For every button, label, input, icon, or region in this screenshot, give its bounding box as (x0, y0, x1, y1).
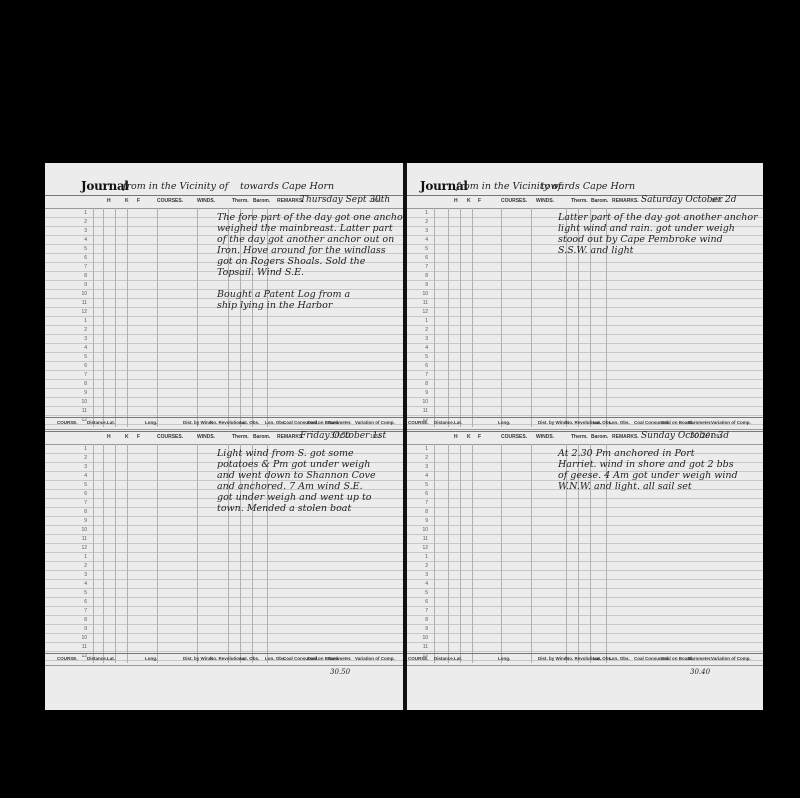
column-rule (460, 208, 461, 427)
hour-number: 4 (45, 581, 87, 587)
hour-number: 6 (406, 491, 428, 497)
remarks-text: At 2.30 Pm anchored in PortHarriet. wind… (558, 448, 738, 492)
remarks-line: got on Rogers Shoals. Sold the (217, 256, 407, 267)
column-header: K (467, 434, 471, 440)
hour-number: 7 (45, 372, 87, 378)
hour-number: 2 (45, 455, 87, 461)
hour-number: 4 (45, 345, 87, 351)
column-header: K (467, 198, 471, 204)
remarks-line: of the day got another anchor out on (217, 234, 407, 245)
hour-number: 9 (406, 390, 428, 396)
hour-number: 7 (406, 372, 428, 378)
summary-column: Lat. (454, 656, 462, 661)
remarks-line: and went down to Shannon Cove (217, 470, 376, 481)
hour-number: 5 (406, 246, 428, 252)
hour-number: 11 (45, 300, 87, 306)
hour-number: 5 (45, 246, 87, 252)
hour-number: 4 (45, 473, 87, 479)
remarks-line: Bought a Patent Log from a (217, 289, 407, 300)
column-rule (501, 208, 502, 427)
column-rule (115, 444, 116, 663)
hour-number: 9 (45, 390, 87, 396)
summary-column: Dist. by Wind. (538, 420, 568, 425)
summary-column: Lat. Obs. (240, 420, 259, 425)
hour-number: 5 (45, 482, 87, 488)
column-header: Barom. (253, 434, 270, 440)
column-header: WINDS. (197, 434, 215, 440)
hour-number: 9 (45, 282, 87, 288)
column-rule (448, 208, 449, 427)
log-entry: HKFCOURSES.WINDS.Therm.Barom.REMARKS.Thu… (45, 195, 404, 443)
hour-number: 11 (406, 300, 428, 306)
remarks-line: Harriet. wind in shore and got 2 bbs (558, 459, 738, 470)
hour-number: 11 (406, 408, 428, 414)
column-header: WINDS. (536, 434, 554, 440)
hour-number: 8 (45, 381, 87, 387)
page-title: Journalfrom in the Vicinity oftowards Ca… (45, 173, 404, 195)
hour-number: 4 (45, 237, 87, 243)
hour-number: 12 (406, 309, 428, 315)
column-rule (93, 444, 94, 663)
column-header: F (137, 198, 140, 204)
remarks-line: town. Mended a stolen boat (217, 503, 376, 514)
remarks-line: The fore part of the day got one anchor (217, 212, 407, 223)
remarks-line: S.S.W. and light (558, 245, 758, 256)
hour-number: 6 (406, 255, 428, 261)
remarks-line: Iron. Hove around for the windlass (217, 245, 407, 256)
hour-rows: 123456789101112123456789101112The fore p… (45, 208, 404, 427)
entry-year: 1851 (711, 434, 722, 440)
hour-number: 12 (406, 545, 428, 551)
hour-number: 6 (45, 363, 87, 369)
summary-column: Dist. by Wind. (183, 656, 213, 661)
column-header: REMARKS. (612, 198, 639, 204)
hour-number: 10 (406, 291, 428, 297)
hour-number: 6 (45, 599, 87, 605)
summary-column: Distance. (87, 656, 107, 661)
column-header: Barom. (591, 434, 608, 440)
column-rule (448, 444, 449, 663)
remarks-line: and anchored. 7 Am wind S.E. (217, 481, 376, 492)
summary-column: Dist. by Wind. (538, 656, 568, 661)
hour-number: 5 (406, 590, 428, 596)
column-header: WINDS. (197, 198, 215, 204)
hour-number: 11 (45, 408, 87, 414)
hour-number: 3 (45, 464, 87, 470)
hour-number: 12 (45, 545, 87, 551)
hour-number: 5 (406, 354, 428, 360)
column-rule (460, 444, 461, 663)
column-header: COURSES. (501, 198, 527, 204)
hour-number: 11 (45, 644, 87, 650)
column-header: H (454, 434, 458, 440)
hour-number: 2 (45, 219, 87, 225)
hour-number: 7 (406, 608, 428, 614)
remarks-line (217, 278, 407, 289)
column-rule (472, 444, 473, 663)
from-location: from in the Vicinity of (123, 181, 228, 192)
column-header-row: HKFCOURSES.WINDS.Therm.Barom.REMARKS.Thu… (45, 195, 404, 209)
summary-column: Barometer. (328, 656, 352, 661)
hour-number: 5 (45, 354, 87, 360)
entry-year: 1851 (711, 198, 722, 204)
hour-number: 9 (45, 626, 87, 632)
column-header: H (454, 198, 458, 204)
hour-number: 5 (406, 482, 428, 488)
hour-number: 6 (45, 491, 87, 497)
hour-number: 8 (45, 617, 87, 623)
summary-column: Distance. (434, 420, 454, 425)
column-rule (103, 208, 104, 427)
hour-number: 10 (45, 635, 87, 641)
hour-number: 6 (406, 363, 428, 369)
column-header: COURSES. (157, 434, 183, 440)
hour-number: 4 (406, 237, 428, 243)
summary-column: Variation of Comp. (711, 656, 751, 661)
summary-column: Distance. (434, 656, 454, 661)
hour-number: 11 (406, 536, 428, 542)
column-rule (434, 208, 435, 427)
hour-number: 7 (45, 500, 87, 506)
remarks-line: ship lying in the Harbor (217, 300, 407, 311)
hour-number: 3 (406, 572, 428, 578)
entry-year: 1851 (370, 198, 381, 204)
hour-number: 11 (406, 644, 428, 650)
summary-column: Long. (145, 656, 157, 661)
hour-number: 7 (45, 264, 87, 270)
journal-page-right: Journalfrom in the Vicinity oftowards Ca… (406, 163, 763, 710)
hour-number: 4 (406, 581, 428, 587)
log-entry: HKFCOURSES.WINDS.Therm.Barom.REMARKS.Sat… (406, 195, 763, 443)
hour-number: 1 (406, 446, 428, 452)
hour-number: 3 (45, 228, 87, 234)
remarks-line: light wind and rain. got under weigh (558, 223, 758, 234)
summary-column: Lat. (107, 656, 115, 661)
summary-column: Long. (498, 420, 510, 425)
column-header: K (125, 198, 129, 204)
log-entry: HKFCOURSES.WINDS.Therm.Barom.REMARKS.Sun… (406, 431, 763, 679)
hour-number: 7 (406, 500, 428, 506)
hour-number: 10 (45, 291, 87, 297)
column-header: COURSES. (157, 198, 183, 204)
column-header: Therm. (571, 434, 588, 440)
hour-number: 1 (45, 554, 87, 560)
column-rule (531, 208, 532, 427)
hour-number: 10 (406, 399, 428, 405)
column-header: WINDS. (536, 198, 554, 204)
column-header: F (478, 198, 481, 204)
page-title: Journalfrom in the Vicinity oftowards Ca… (406, 173, 763, 195)
barometer-value: 30.40 (690, 668, 710, 676)
entry-date: Saturday October 2d (641, 195, 737, 205)
summary-column: COURSE. (57, 420, 78, 425)
hour-number: 8 (45, 509, 87, 515)
hour-number: 2 (406, 219, 428, 225)
hour-rows: 123456789101112123456789101112At 2.30 Pm… (406, 444, 763, 663)
summary-column: Dist. by Wind. (183, 420, 213, 425)
hour-number: 1 (45, 210, 87, 216)
hour-number: 10 (45, 399, 87, 405)
hour-number: 1 (45, 318, 87, 324)
hour-number: 3 (406, 336, 428, 342)
column-header-row: HKFCOURSES.WINDS.Therm.Barom.REMARKS.Fri… (45, 431, 404, 445)
hour-number: 7 (45, 608, 87, 614)
hour-number: 9 (406, 518, 428, 524)
column-header: K (125, 434, 129, 440)
column-header: Therm. (232, 434, 249, 440)
hour-number: 3 (45, 336, 87, 342)
column-header: F (478, 434, 481, 440)
column-rule (93, 208, 94, 427)
hour-number: 4 (406, 473, 428, 479)
column-rule (157, 208, 158, 427)
column-rule (434, 444, 435, 663)
hour-number: 8 (406, 381, 428, 387)
hour-number: 3 (45, 572, 87, 578)
summary-column: Barometer. (328, 420, 352, 425)
column-rule (501, 444, 502, 663)
column-header: Therm. (571, 198, 588, 204)
remarks-text: Latter part of the day got another ancho… (558, 212, 758, 256)
hour-number: 6 (406, 599, 428, 605)
hour-rows: 123456789101112123456789101112Light wind… (45, 444, 404, 663)
hour-number: 1 (406, 318, 428, 324)
summary-column: COURSE. (408, 420, 429, 425)
journal-page-left: Journalfrom in the Vicinity oftowards Ca… (45, 163, 404, 710)
hour-number: 8 (45, 273, 87, 279)
remarks-line: of geese. 4 Am got under weigh wind (558, 470, 738, 481)
hour-number: 8 (406, 273, 428, 279)
summary-column: Variation of Comp. (711, 420, 751, 425)
column-header: H (107, 434, 111, 440)
column-rule (103, 444, 104, 663)
column-header: REMARKS. (612, 434, 639, 440)
hour-number: 12 (45, 309, 87, 315)
summary-column: Barometer. (688, 420, 712, 425)
hour-number: 1 (45, 446, 87, 452)
remarks-line: potatoes & Pm got under weigh (217, 459, 376, 470)
hour-number: 5 (45, 590, 87, 596)
remarks-text: Light wind from S. got somepotatoes & Pm… (217, 448, 376, 514)
hour-number: 6 (45, 255, 87, 261)
page-fold (403, 163, 407, 710)
remarks-line: stood out by Cape Pembroke wind (558, 234, 758, 245)
summary-column: Distance. (87, 420, 107, 425)
entry-year: 1851 (370, 434, 381, 440)
remarks-line: Light wind from S. got some (217, 448, 376, 459)
summary-column: Variation of Comp. (355, 656, 395, 661)
hour-number: 8 (406, 509, 428, 515)
hour-number: 11 (45, 536, 87, 542)
log-entry: HKFCOURSES.WINDS.Therm.Barom.REMARKS.Fri… (45, 431, 404, 679)
summary-column: Barometer. (688, 656, 712, 661)
column-rule (197, 208, 198, 427)
summary-column: Variation of Comp. (355, 420, 395, 425)
column-header-row: HKFCOURSES.WINDS.Therm.Barom.REMARKS.Sat… (406, 195, 763, 209)
hour-number: 7 (406, 264, 428, 270)
summary-column: Long. (498, 656, 510, 661)
remarks-text: The fore part of the day got one anchorw… (217, 212, 407, 311)
column-rule (127, 208, 128, 427)
hour-number: 3 (406, 464, 428, 470)
column-rule (127, 444, 128, 663)
summary-column: COURSE. (57, 656, 78, 661)
hour-number: 1 (406, 210, 428, 216)
destination: towards Cape Horn (240, 181, 334, 192)
summary-column: Long. (145, 420, 157, 425)
hour-number: 8 (406, 617, 428, 623)
hour-number: 2 (406, 455, 428, 461)
column-rule (472, 208, 473, 427)
remarks-line: Latter part of the day got another ancho… (558, 212, 758, 223)
summary-column: Lat. (454, 420, 462, 425)
hour-number: 1 (406, 554, 428, 560)
hour-number: 2 (45, 327, 87, 333)
summary-column: Lon. Obs. (609, 420, 630, 425)
hour-rows: 123456789101112123456789101112Latter par… (406, 208, 763, 427)
remarks-line: At 2.30 Pm anchored in Port (558, 448, 738, 459)
column-header: Barom. (591, 198, 608, 204)
column-header: F (137, 434, 140, 440)
hour-number: 10 (45, 527, 87, 533)
hour-number: 10 (406, 527, 428, 533)
hour-number: 2 (406, 563, 428, 569)
column-rule (157, 444, 158, 663)
hour-number: 2 (45, 563, 87, 569)
summary-column: Lat. Obs. (240, 656, 259, 661)
column-rule (531, 444, 532, 663)
summary-row: COURSE.Distance.Lat.Long.Dist. by Wind.N… (406, 653, 763, 680)
remarks-line: W.N.W. and light. all sail set (558, 481, 738, 492)
hour-number: 9 (406, 626, 428, 632)
column-header: Barom. (253, 198, 270, 204)
hour-number: 9 (406, 282, 428, 288)
summary-column: Lat. (107, 420, 115, 425)
column-header: H (107, 198, 111, 204)
remarks-line: got under weigh and went up to (217, 492, 376, 503)
hour-number: 2 (406, 327, 428, 333)
hour-number: 3 (406, 228, 428, 234)
summary-column: Lon. Obs. (609, 656, 630, 661)
column-header: COURSES. (501, 434, 527, 440)
hour-number: 10 (406, 635, 428, 641)
journal-heading: Journal (81, 179, 129, 193)
column-rule (197, 444, 198, 663)
hour-number: 9 (45, 518, 87, 524)
column-header: Therm. (232, 198, 249, 204)
barometer-value: 30.50 (330, 668, 350, 676)
column-header-row: HKFCOURSES.WINDS.Therm.Barom.REMARKS.Sun… (406, 431, 763, 445)
column-rule (115, 208, 116, 427)
destination: towards Cape Horn (541, 181, 635, 192)
remarks-line: weighed the mainbreast. Latter part (217, 223, 407, 234)
summary-column: COURSE. (408, 656, 429, 661)
hour-number: 4 (406, 345, 428, 351)
remarks-line: Topsail. Wind S.E. (217, 267, 407, 278)
summary-row: COURSE.Distance.Lat.Long.Dist. by Wind.N… (45, 653, 404, 680)
